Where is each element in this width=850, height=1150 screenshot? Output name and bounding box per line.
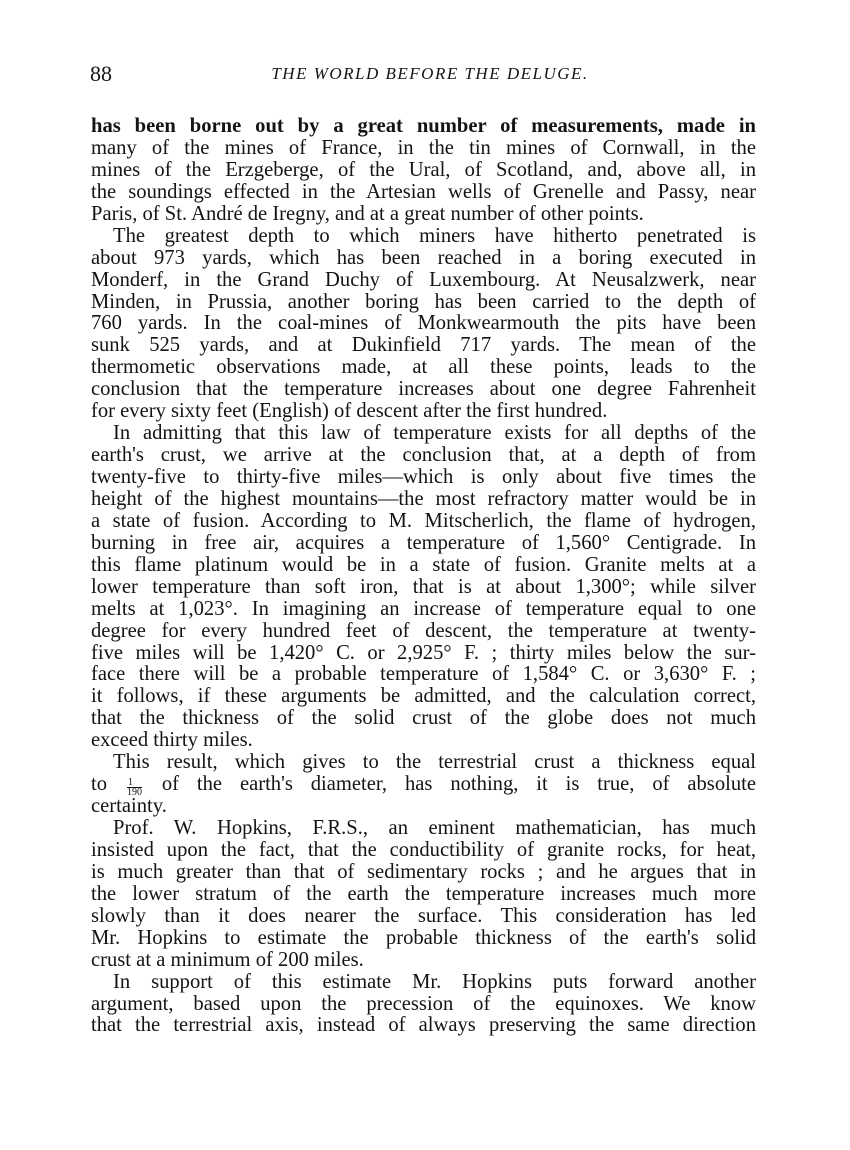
text-line: twenty-five to thirty-five miles—which i… — [91, 467, 756, 489]
text-line: that the thickness of the solid crust of… — [91, 708, 756, 730]
text-line: has been borne out by a great number of … — [91, 116, 756, 138]
text-line: about 973 yards, which has been reached … — [91, 248, 756, 270]
text-line: this flame platinum would be in a state … — [91, 555, 756, 577]
text-line: face there will be a probable temperatur… — [91, 664, 756, 686]
text-segment: to — [91, 773, 107, 795]
text-line: is much greater than that of sedimentary… — [91, 862, 756, 884]
text-line: Minden, in Prussia, another boring has b… — [91, 292, 756, 314]
text-line: Monderf, in the Grand Duchy of Luxembour… — [91, 270, 756, 292]
text-line: In support of this estimate Mr. Hopkins … — [91, 972, 756, 994]
text-line: height of the highest mountains—the most… — [91, 489, 756, 511]
text-line: crust at a minimum of 200 miles. — [91, 950, 756, 972]
text-line: slowly than it does nearer the surface. … — [91, 906, 756, 928]
text-line: five miles will be 1,420° C. or 2,925° F… — [91, 643, 756, 665]
text-line: a state of fusion. According to M. Mitsc… — [91, 511, 756, 533]
text-line: In admitting that this law of temperatur… — [91, 423, 756, 445]
text-line: exceed thirty miles. — [91, 730, 756, 752]
text-line: earth's crust, we arrive at the conclusi… — [91, 445, 756, 467]
text-line: argument, based upon the precession of t… — [91, 994, 756, 1016]
text-line: Paris, of St. André de Iregny, and at a … — [91, 204, 756, 226]
text-line: lower temperature than soft iron, that i… — [91, 577, 756, 599]
text-line: the soundings effected in the Artesian w… — [91, 182, 756, 204]
text-segment: of the earth's diameter, has nothing, it… — [162, 773, 756, 795]
body-text: has been borne out by a great number of … — [91, 116, 756, 1037]
text-line: The greatest depth to which miners have … — [91, 226, 756, 248]
text-line: mines of the Erzgeberge, of the Ural, of… — [91, 160, 756, 182]
text-line: burning in free air, acquires a temperat… — [91, 533, 756, 555]
text-line: for every sixty feet (English) of descen… — [91, 401, 756, 423]
text-line: many of the mines of France, in the tin … — [91, 138, 756, 160]
text-line: thermometic observations made, at all th… — [91, 357, 756, 379]
text-line: sunk 525 yards, and at Dukinfield 717 ya… — [91, 335, 756, 357]
text-line: Prof. W. Hopkins, F.R.S., an eminent mat… — [91, 818, 756, 840]
text-line-with-fraction: to 1190 of the earth's diameter, has not… — [91, 774, 756, 796]
text-line: certainty. — [91, 796, 756, 818]
text-line: This result, which gives to the terrestr… — [91, 752, 756, 774]
text-line: insisted upon the fact, that the conduct… — [91, 840, 756, 862]
text-line: that the terrestrial axis, instead of al… — [91, 1015, 756, 1037]
text-line: the lower stratum of the earth the tempe… — [91, 884, 756, 906]
text-line: degree for every hundred feet of descent… — [91, 621, 756, 643]
text-line: melts at 1,023°. In imagining an increas… — [91, 599, 756, 621]
text-line: conclusion that the temperature increase… — [91, 379, 756, 401]
running-title: THE WORLD BEFORE THE DELUGE. — [0, 62, 850, 86]
text-line: Mr. Hopkins to estimate the probable thi… — [91, 928, 756, 950]
book-page: 88 THE WORLD BEFORE THE DELUGE. has been… — [0, 0, 850, 1150]
text-line: it follows, if these arguments be admitt… — [91, 686, 756, 708]
text-line: 760 yards. In the coal-mines of Monkwear… — [91, 313, 756, 335]
